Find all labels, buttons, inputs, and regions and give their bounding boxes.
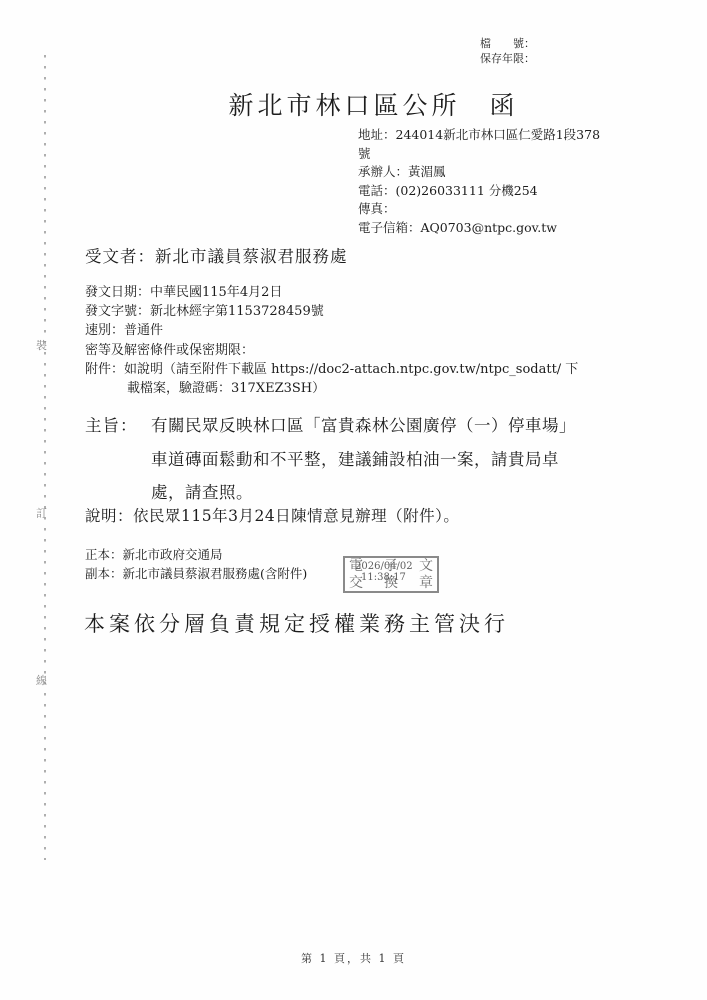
binding-dotted-line	[44, 55, 46, 860]
sender-phone: 電話：(02)26033111 分機254	[358, 182, 600, 201]
reference-number-line: 發文字號：新北林經字第1153728459號	[85, 302, 578, 321]
stamp-char-wen: 文	[419, 558, 433, 575]
page-number-footer: 第 1 頁，共 1 頁	[0, 950, 707, 966]
official-letter-page: 裝 訂 線 檔 號： 保存年限： 新北市林口區公所 函 地址：244014新北市…	[0, 0, 707, 1000]
sender-fax: 傳真：	[358, 200, 600, 219]
sender-address-line1: 地址：244014新北市林口區仁愛路1段378	[358, 126, 600, 145]
document-title: 新北市林口區公所 函	[0, 86, 707, 122]
retention-period-label: 保存年限：	[480, 51, 535, 66]
attachment-line: 附件： 如說明（請至附件下載區 https://doc2-attach.ntpc…	[85, 360, 578, 398]
attachment-body: 如說明（請至附件下載區 https://doc2-attach.ntpc.gov…	[124, 360, 578, 398]
archive-label-block: 檔 號： 保存年限：	[480, 36, 535, 66]
sender-info-block: 地址：244014新北市林口區仁愛路1段378 號 承辦人：黃湄鳳 電話：(02…	[358, 126, 600, 238]
stamp-char-zi: 子	[384, 558, 398, 575]
carbon-copy-line: 副本：新北市議員蔡淑君服務處(含附件)	[85, 564, 307, 583]
sender-contact-person: 承辦人：黃湄鳳	[358, 163, 600, 182]
stamp-row1: 電 子 文	[345, 558, 437, 575]
description-text: 依民眾115年3月24日陳情意見辦理（附件）。	[133, 507, 459, 525]
classification-line: 密等及解密條件或保密期限：	[85, 341, 578, 360]
priority-line: 速別：普通件	[85, 321, 578, 340]
recipient-line: 受文者：新北市議員蔡淑君服務處	[85, 243, 348, 267]
binding-mark-ding: 訂	[36, 505, 47, 521]
stamp-char-zhang: 章	[419, 575, 433, 592]
attachment-text-line1: 如說明（請至附件下載區 https://doc2-attach.ntpc.gov…	[124, 362, 578, 377]
file-number-label: 檔 號：	[480, 36, 535, 51]
binding-mark-zhuang: 裝	[36, 337, 47, 353]
stamp-char-huan: 換	[384, 575, 398, 592]
document-meta-block: 發文日期：中華民國115年4月2日 發文字號：新北林經字第1153728459號…	[85, 283, 578, 398]
copies-block: 正本：新北市政府交通局 副本：新北市議員蔡淑君服務處(含附件)	[85, 545, 307, 583]
electronic-exchange-stamp: 電 子 文 交 換 章 2026/04/02 11:38:17	[343, 556, 439, 593]
description-label: 說明：	[85, 507, 133, 525]
description-section: 說明：依民眾115年3月24日陳情意見辦理（附件）。	[85, 504, 459, 526]
issue-date-line: 發文日期：中華民國115年4月2日	[85, 283, 578, 302]
binding-mark-xian: 線	[36, 672, 47, 688]
subject-section: 主旨： 有關民眾反映林口區「富貴森林公園廣停（一）停車場」 車道磚面鬆動和不平整…	[85, 409, 576, 510]
sender-address-line2: 號	[358, 145, 600, 164]
subject-label: 主旨：	[85, 409, 151, 510]
subject-body: 有關民眾反映林口區「富貴森林公園廣停（一）停車場」 車道磚面鬆動和不平整，建議鋪…	[151, 409, 576, 510]
original-copy-line: 正本：新北市政府交通局	[85, 545, 307, 564]
stamp-char-dian: 電	[349, 558, 363, 575]
attachment-text-line2: 載檔案，驗證碼：317XEZ3SH）	[124, 379, 578, 398]
attachment-label: 附件：	[85, 360, 124, 398]
delegation-decision-line: 本案依分層負責規定授權業務主管決行	[84, 608, 509, 638]
stamp-char-jiao: 交	[349, 575, 363, 592]
subject-line2: 車道磚面鬆動和不平整，建議鋪設柏油一案，請貴局卓	[151, 443, 576, 477]
stamp-row2: 交 換 章	[345, 575, 437, 592]
subject-line1: 有關民眾反映林口區「富貴森林公園廣停（一）停車場」	[151, 409, 576, 443]
sender-email: 電子信箱：AQ0703@ntpc.gov.tw	[358, 219, 600, 238]
